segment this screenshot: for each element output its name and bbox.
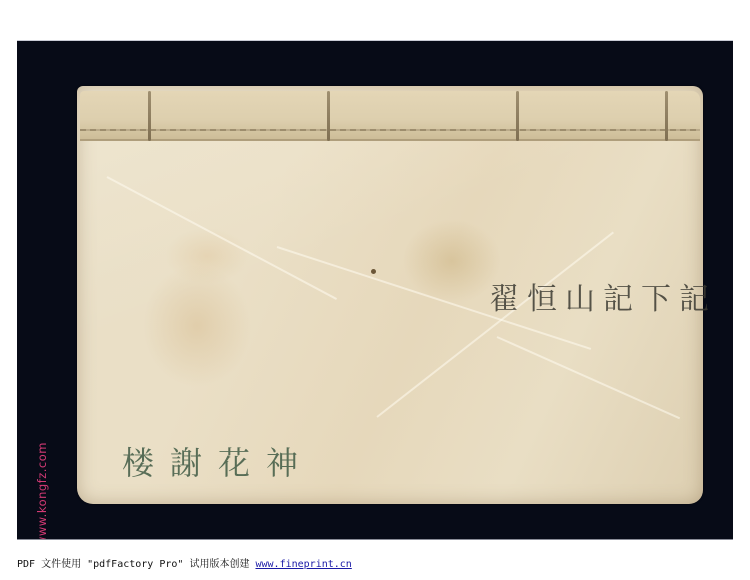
stitch-line [80, 129, 700, 131]
stitch-binding [80, 91, 700, 141]
paper-crease [107, 176, 338, 300]
stitch-thread [516, 91, 519, 141]
ink-spot [371, 269, 376, 274]
stitch-thread [148, 91, 151, 141]
cover-label-right: 翟恒山記下記 [489, 271, 709, 321]
pdf-page: 翟恒山記下記 楼謝花神 www.kongfz.com PDF 文件使用 "pdf… [0, 0, 750, 580]
footer-text: PDF 文件使用 "pdfFactory Pro" 试用版本创建 [17, 559, 255, 570]
fineprint-link[interactable]: www.fineprint.cn [255, 559, 351, 570]
cover-label-left: 楼謝花神 [122, 431, 342, 491]
stitch-thread [665, 91, 668, 141]
scanned-image: 翟恒山記下記 楼謝花神 www.kongfz.com [17, 40, 733, 540]
pdf-footer: PDF 文件使用 "pdfFactory Pro" 试用版本创建 www.fin… [17, 557, 352, 573]
watermark-text: www.kongfz.com [34, 424, 50, 540]
stitch-thread [327, 91, 330, 141]
book-cover: 翟恒山記下記 楼謝花神 [77, 86, 703, 504]
paper-crease [376, 232, 614, 418]
